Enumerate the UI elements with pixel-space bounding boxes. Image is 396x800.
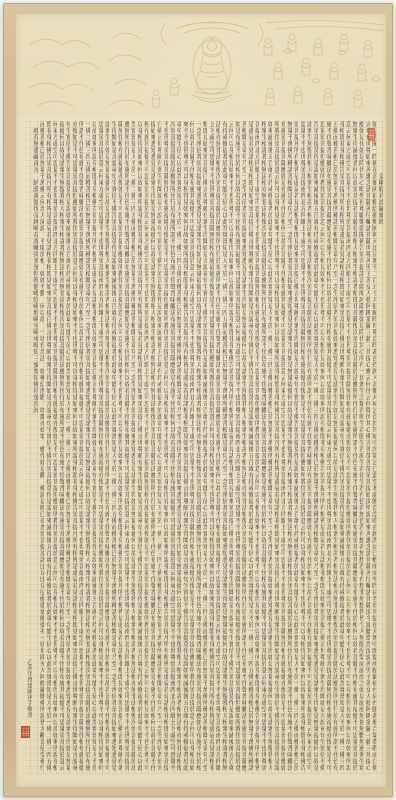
frontispiece-svg bbox=[16, 15, 386, 117]
sutra-title-column: 金剛般若波羅蜜經 bbox=[376, 121, 383, 773]
sepia-wash bbox=[16, 15, 386, 117]
buddha-frontispiece-illustration bbox=[16, 15, 386, 117]
photo-backdrop: { "scroll": { "artwork_title": "金剛般若波羅蜜經… bbox=[0, 0, 396, 800]
sutra-paper: 金剛般若波羅蜜經如是我聞一時佛在舍衛國祇樹給孤獨園與大比丘衆千二百五十人俱爾時世… bbox=[16, 14, 386, 787]
scroll-mount-border: 金剛般若波羅蜜經如是我聞一時佛在舍衛國祇樹給孤獨園與大比丘衆千二百五十人俱爾時世… bbox=[3, 3, 393, 797]
colophon-signature: 乙亥年曾建國沐手敬書 bbox=[24, 659, 32, 729]
artist-seal-beside-title bbox=[368, 128, 375, 141]
artist-seal-below-colophon bbox=[21, 726, 30, 738]
sutra-text-columns: 金剛般若波羅蜜經如是我聞一時佛在舍衛國祇樹給孤獨園與大比丘衆千二百五十人俱爾時世… bbox=[30, 121, 383, 773]
